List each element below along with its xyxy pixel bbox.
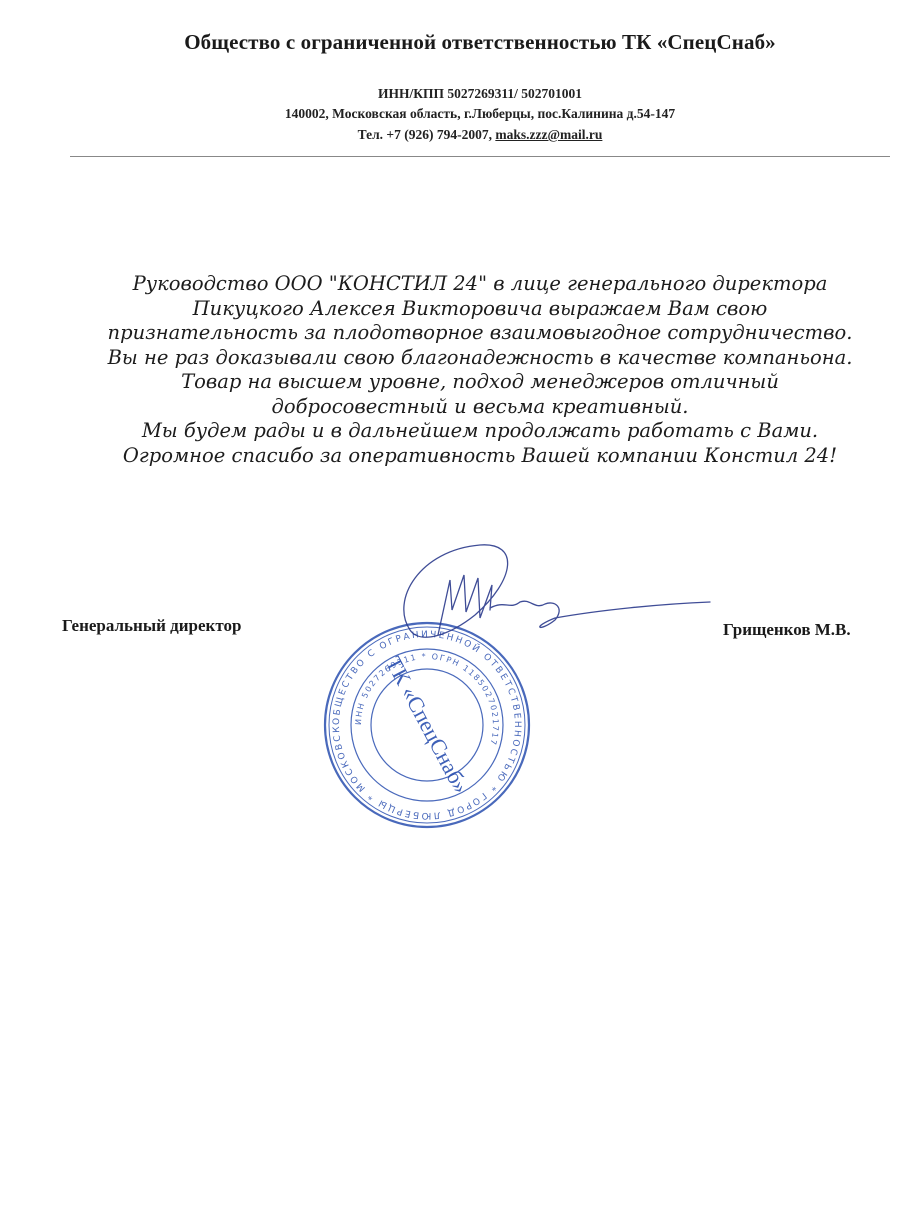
letter-line: Пикуцкого Алексея Викторовича выражаем В… xyxy=(60,297,900,322)
letter-line: добросовестный и весьма креативный. xyxy=(60,395,900,420)
signatory-name: Грищенков М.В. xyxy=(723,620,851,640)
stamp-center-text: ТК «СпецСнаб» xyxy=(381,652,474,797)
contact-line: Тел. +7 (926) 794-2007, maks.zzz@mail.ru xyxy=(0,127,920,143)
email-link[interactable]: maks.zzz@mail.ru xyxy=(495,127,602,142)
phone: Тел. +7 (926) 794-2007, xyxy=(358,127,496,142)
company-stamp: ОБЩЕСТВО С ОГРАНИЧЕННОЙ ОТВЕТСТВЕННОСТЬЮ… xyxy=(322,620,532,830)
letter-line: признательность за плодотворное взаимовы… xyxy=(60,321,900,346)
signatory-role: Генеральный директор xyxy=(62,616,241,636)
signature xyxy=(380,540,720,650)
letter-line: Руководство ООО "КОНСТИЛ 24" в лице гене… xyxy=(60,272,900,297)
company-name: Общество с ограниченной ответственностью… xyxy=(0,30,920,55)
letter-line: Мы будем рады и в дальнейшем продолжать … xyxy=(60,419,900,444)
letter-line: Товар на высшем уровне, подход менеджеро… xyxy=(60,370,900,395)
letter-body: Руководство ООО "КОНСТИЛ 24" в лице гене… xyxy=(60,272,900,468)
company-address: 140002, Московская область, г.Люберцы, п… xyxy=(0,106,920,122)
inn-kpp: ИНН/КПП 5027269311/ 502701001 xyxy=(0,86,920,102)
letter-line: Огромное спасибо за оперативность Вашей … xyxy=(60,444,900,469)
header-divider xyxy=(70,156,890,157)
letter-line: Вы не раз доказывали свою благонадежност… xyxy=(60,346,900,371)
